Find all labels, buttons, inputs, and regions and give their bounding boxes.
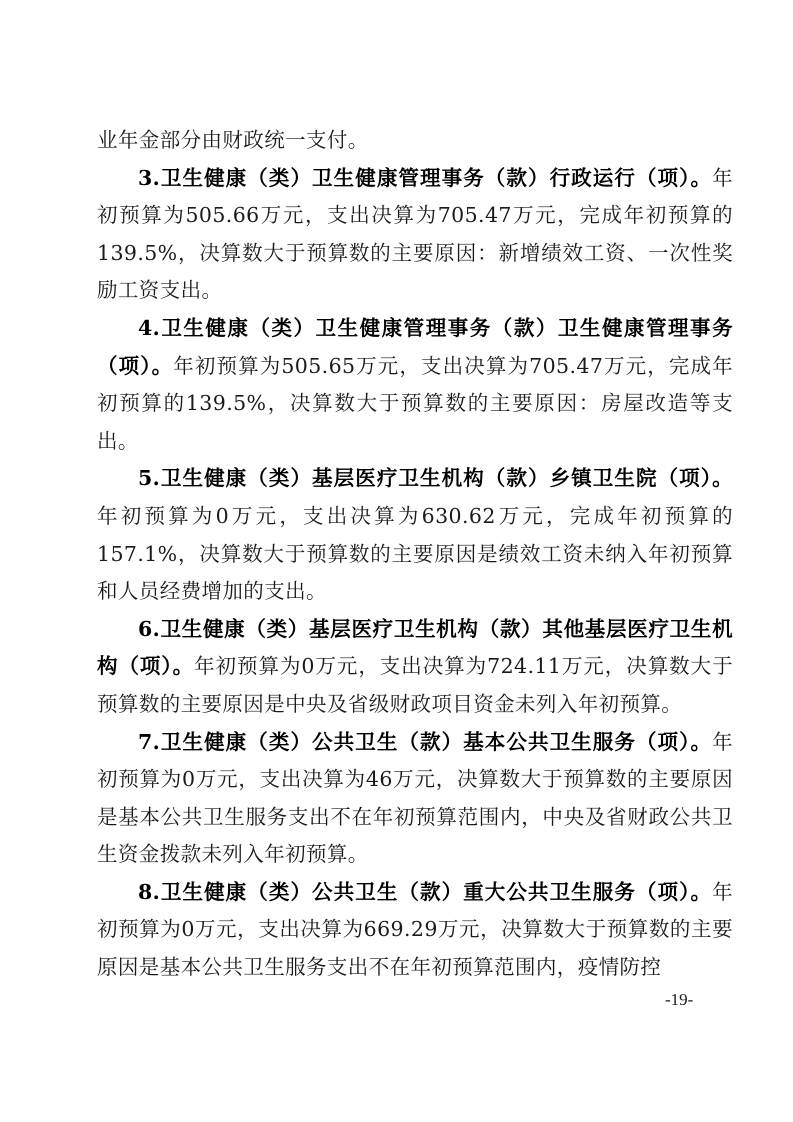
section-5: 5.卫生健康（类）基层医疗卫生机构（款）乡镇卫生院（项）。年初预算为0万元，支出… xyxy=(97,460,733,610)
section-3-heading: 3.卫生健康（类）卫生健康管理事务（款）行政运行（项）。 xyxy=(138,166,712,190)
section-8: 8.卫生健康（类）公共卫生（款）重大公共卫生服务（项）。年初预算为0万元，支出决… xyxy=(97,874,733,987)
section-4-body: 年初预算为505.65万元，支出决算为705.47万元，完成年初预算的139.5… xyxy=(97,354,733,453)
section-7-heading: 7.卫生健康（类）公共卫生（款）基本公共卫生服务（项）。 xyxy=(138,730,712,754)
section-3: 3.卫生健康（类）卫生健康管理事务（款）行政运行（项）。年初预算为505.66万… xyxy=(97,160,733,310)
page-number: -19- xyxy=(665,990,693,1010)
section-4: 4.卫生健康（类）卫生健康管理事务（款）卫生健康管理事务（项）。年初预算为505… xyxy=(97,310,733,460)
section-6: 6.卫生健康（类）基层医疗卫生机构（款）其他基层医疗卫生机构（项）。年初预算为0… xyxy=(97,611,733,724)
section-8-heading: 8.卫生健康（类）公共卫生（款）重大公共卫生服务（项）。 xyxy=(138,880,712,904)
document-page: 业年金部分由财政统一支付。 3.卫生健康（类）卫生健康管理事务（款）行政运行（项… xyxy=(97,122,733,987)
continuation-paragraph: 业年金部分由财政统一支付。 xyxy=(97,122,733,160)
section-5-body: 年初预算为0万元，支出决算为630.62万元，完成年初预算的157.1%，决算数… xyxy=(97,504,733,603)
section-7: 7.卫生健康（类）公共卫生（款）基本公共卫生服务（项）。年初预算为0万元，支出决… xyxy=(97,724,733,874)
section-5-heading: 5.卫生健康（类）基层医疗卫生机构（款）乡镇卫生院（项）。 xyxy=(138,466,733,490)
